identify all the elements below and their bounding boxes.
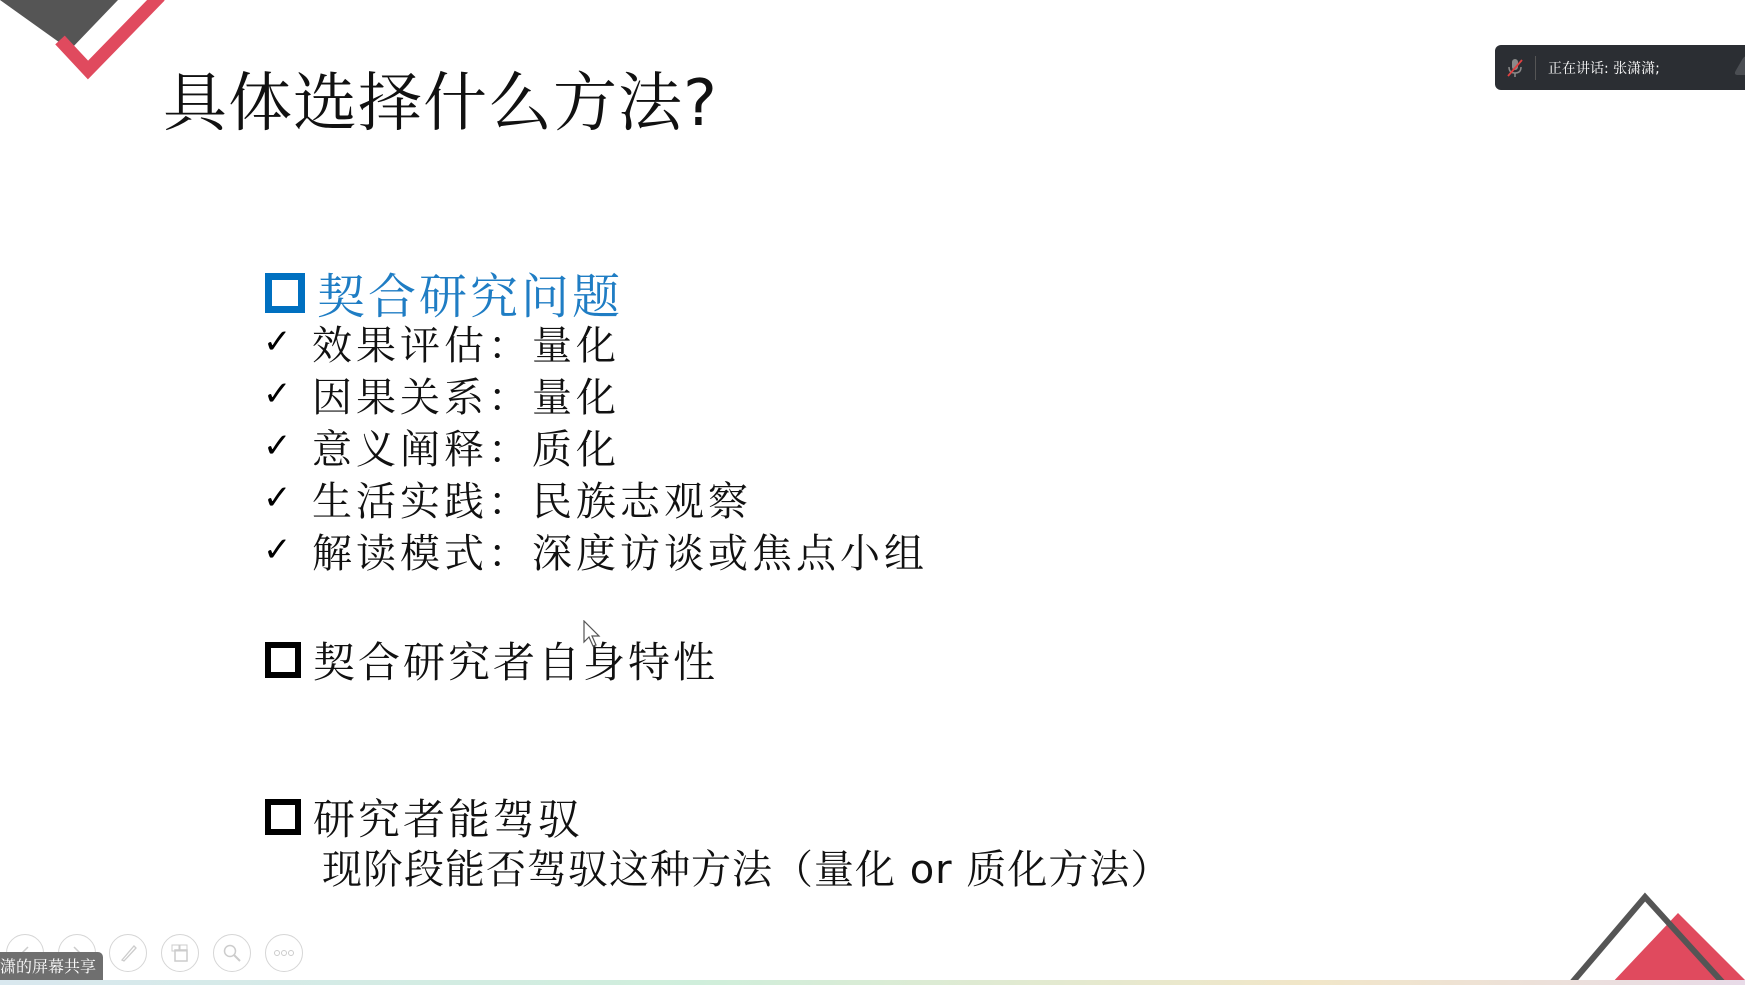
- list-item-text: 效果评估：量化: [312, 314, 620, 371]
- corner-decoration-top-left: [0, 0, 190, 100]
- check-icon: ✓: [263, 530, 299, 570]
- slides-icon: [170, 943, 190, 963]
- list-item: ✓ 效果评估：量化: [263, 316, 928, 368]
- divider: [1535, 56, 1536, 80]
- zoom-button[interactable]: [213, 934, 251, 972]
- screen-share-label: 潇的屏幕共享: [0, 952, 103, 982]
- list-item: ✓ 解读模式：深度访谈或焦点小组: [263, 524, 928, 576]
- active-speaker-text: 正在讲话: 张潇潇;: [1548, 58, 1660, 78]
- section-researcher-traits: 契合研究者自身特性: [265, 630, 718, 690]
- list-item: ✓ 意义阐释：质化: [263, 420, 928, 472]
- mouse-cursor-icon: [583, 620, 603, 648]
- check-icon: ✓: [263, 426, 299, 466]
- active-speaker-bar: 正在讲话: 张潇潇;: [1495, 45, 1745, 90]
- list-item-text: 因果关系：量化: [312, 366, 620, 423]
- mic-muted-icon: [1495, 45, 1535, 90]
- drag-handle[interactable]: [1733, 55, 1745, 75]
- slide-title: 具体选择什么方法?: [163, 52, 718, 144]
- list-item-text: 生活实践：民族志观察: [312, 470, 752, 527]
- square-bullet-icon: [265, 799, 301, 835]
- pen-button[interactable]: [109, 934, 147, 972]
- more-icon: [273, 949, 295, 957]
- section-heading: 契合研究者自身特性: [313, 630, 718, 690]
- list-item-text: 意义阐释：质化: [312, 418, 620, 475]
- square-bullet-icon: [265, 642, 301, 678]
- list-item: ✓ 因果关系：量化: [263, 368, 928, 420]
- corner-decoration-bottom-right: [1540, 880, 1745, 985]
- check-icon: ✓: [263, 322, 299, 362]
- method-list: ✓ 效果评估：量化 ✓ 因果关系：量化 ✓ 意义阐释：质化 ✓ 生活实践：民族志…: [263, 316, 928, 576]
- list-item: ✓ 生活实践：民族志观察: [263, 472, 928, 524]
- slides-grid-button[interactable]: [161, 934, 199, 972]
- check-icon: ✓: [263, 478, 299, 518]
- more-button[interactable]: [265, 934, 303, 972]
- section-subtext: 现阶段能否驾驭这种方法（量化 or 质化方法）: [322, 838, 1171, 895]
- square-bullet-icon: [265, 273, 305, 313]
- magnifier-icon: [222, 943, 242, 963]
- check-icon: ✓: [263, 374, 299, 414]
- window-bottom-edge: [0, 980, 1745, 985]
- list-item-text: 解读模式：深度访谈或焦点小组: [312, 522, 928, 579]
- pen-icon: [118, 943, 138, 963]
